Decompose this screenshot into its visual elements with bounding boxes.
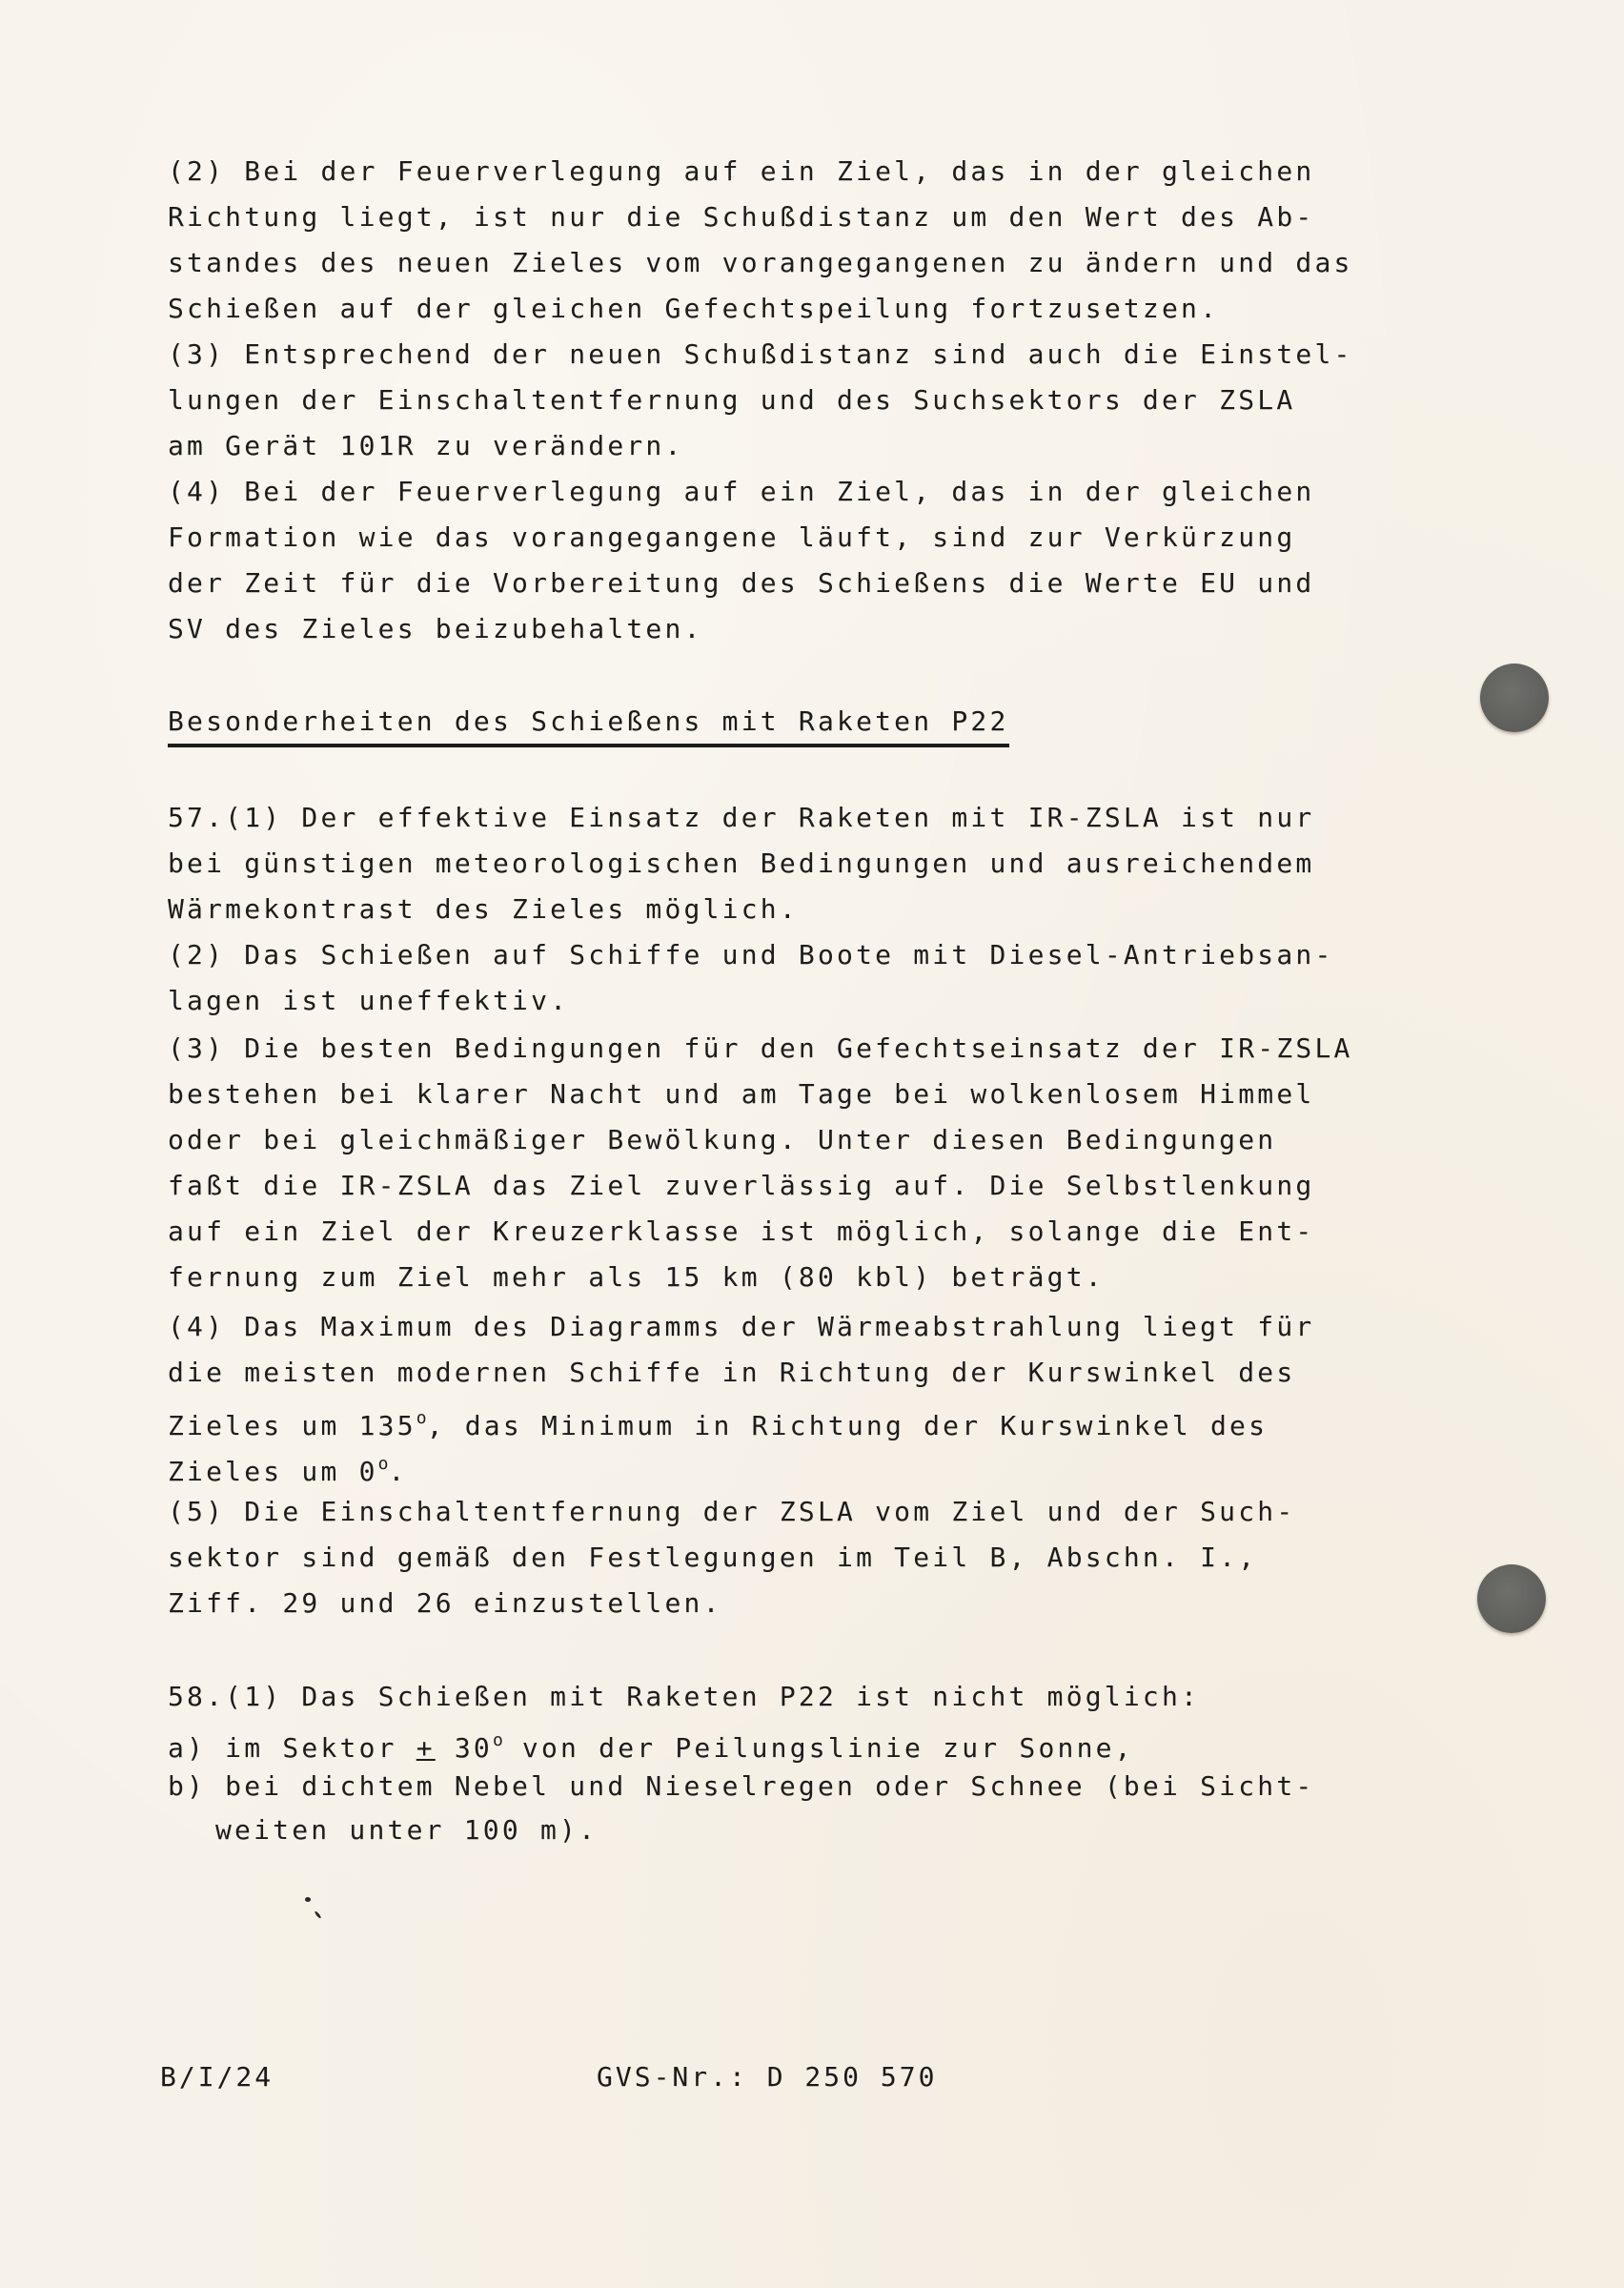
text-line: auf ein Ziel der Kreuzerklasse ist mögli…: [168, 1215, 1314, 1248]
text-run: , das Minimum in Richtung der Kurswinkel…: [427, 1410, 1269, 1441]
text-line: Richtung liegt, ist nur die Schußdistanz…: [168, 201, 1314, 234]
text-line: lungen der Einschaltentfernung und des S…: [168, 384, 1295, 417]
text-line: Formation wie das vorangegangene läuft, …: [168, 521, 1295, 554]
text-line: (5) Die Einschaltentfernung der ZSLA vom…: [168, 1496, 1295, 1528]
text-line: sektor sind gemäß den Festlegungen im Te…: [168, 1542, 1257, 1574]
text-line: der Zeit für die Vorbereitung des Schieß…: [168, 567, 1314, 600]
punch-hole-bottom: [1477, 1564, 1546, 1633]
text-line: (3) Entsprechend der neuen Schußdistanz …: [168, 338, 1353, 371]
degree-sign: o: [378, 1454, 389, 1474]
text-line: lagen ist uneffektiv.: [168, 985, 569, 1017]
plus-minus-sign: +: [416, 1732, 436, 1764]
page-reference: B/I/24: [160, 2061, 274, 2093]
text-run: a) im Sektor: [168, 1732, 416, 1764]
list-item-b: b) bei dichtem Nebel und Nieselregen ode…: [168, 1770, 1314, 1803]
text-line: (2) Bei der Feuerverlegung auf ein Ziel,…: [168, 155, 1314, 188]
text-line: (4) Bei der Feuerverlegung auf ein Ziel,…: [168, 476, 1314, 508]
text-line: 58.(1) Das Schießen mit Raketen P22 ist …: [168, 1681, 1200, 1713]
text-line: 57.(1) Der effektive Einsatz der Raketen…: [168, 802, 1314, 834]
text-line: Schießen auf der gleichen Gefechtspeilun…: [168, 293, 1219, 325]
text-line: fernung zum Ziel mehr als 15 km (80 kbl)…: [168, 1261, 1105, 1294]
section-heading: Besonderheiten des Schießens mit Raketen…: [168, 705, 1009, 747]
text-line: bei günstigen meteorologischen Bedingung…: [168, 848, 1314, 880]
punch-hole-top: [1480, 664, 1549, 732]
text-line: (2) Das Schießen auf Schiffe und Boote m…: [168, 939, 1334, 971]
text-line: faßt die IR-ZSLA das Ziel zuverlässig au…: [168, 1170, 1314, 1202]
text-run: Zieles um 0: [168, 1456, 378, 1487]
ink-speck: [305, 1897, 311, 1902]
text-line: (3) Die besten Bedingungen für den Gefec…: [168, 1032, 1353, 1065]
text-run: Zieles um 135: [168, 1410, 416, 1441]
degree-sign: o: [416, 1408, 427, 1428]
text-line: standes des neuen Zieles vom vorangegang…: [168, 247, 1353, 279]
text-run: von der Peilungslinie zur Sonne,: [503, 1732, 1134, 1764]
text-line: weiten unter 100 m).: [215, 1814, 598, 1847]
text-line: oder bei gleichmäßiger Bewölkung. Unter …: [168, 1124, 1276, 1156]
text-line: (4) Das Maximum des Diagramms der Wärmea…: [168, 1311, 1314, 1343]
text-run: 30: [436, 1732, 493, 1764]
text-line: Zieles um 135o, das Minimum in Richtung …: [168, 1402, 1268, 1442]
gvs-number: GVS-Nr.: D 250 570: [597, 2061, 937, 2093]
text-line: am Gerät 101R zu verändern.: [168, 430, 684, 462]
text-line: die meisten modernen Schiffe in Richtung…: [168, 1357, 1295, 1389]
text-run: .: [388, 1456, 407, 1487]
text-line: Ziff. 29 und 26 einzustellen.: [168, 1587, 722, 1620]
list-item-a: a) im Sektor + 30o von der Peilungslinie…: [168, 1725, 1134, 1765]
degree-sign: o: [493, 1730, 503, 1750]
text-line: Zieles um 0o.: [168, 1448, 408, 1488]
text-line: SV des Zieles beizubehalten.: [168, 613, 703, 645]
text-line: bestehen bei klarer Nacht und am Tage be…: [168, 1078, 1314, 1111]
text-line: Wärmekontrast des Zieles möglich.: [168, 893, 799, 926]
